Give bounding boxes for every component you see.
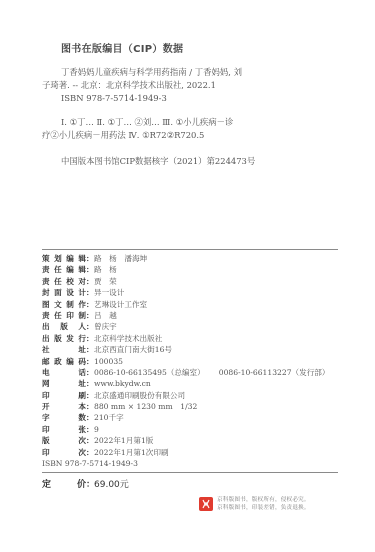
credit-row: 策划编辑：路 杨 潘海坤 [42,253,362,264]
credit-row: 印次：2022年1月第1次印刷 [42,447,362,458]
bottom-divider [42,472,338,473]
credit-value: 100035 [94,356,123,367]
cip-isbn: ISBN 978-7-5714-1949-3 [42,92,282,105]
credit-label: 电话 [42,367,86,378]
credits-isbn: ISBN 978-7-5714-1949-3 [42,458,362,469]
cip-title-line-1: 丁香妈妈儿童疾病与科学用药指南 / 丁香妈妈, 刘 [42,66,282,79]
credit-label: 图文制作 [42,299,86,310]
credits-list: 策划编辑：路 杨 潘海坤责任编辑：路 杨责任校对：贾 荣封面设计：异一设计图文制… [42,253,362,469]
cip-subject-line-1: Ⅰ. ①丁… Ⅱ. ①丁… ②刘… Ⅲ. ①小儿疾病－诊 [42,116,282,129]
credit-value: 艺琳设计工作室 [94,299,147,310]
credit-label: 版次 [42,435,86,446]
top-divider [42,249,338,250]
credit-value: 0086-10-66135495（总编室） [94,367,205,378]
credit-label: 出版发行 [42,333,86,344]
publisher-logo-icon [199,497,213,511]
credit-value: 吕 越 [94,310,117,321]
price-label: 定价 [42,477,86,490]
credit-row: 社址：北京西直门南大街16号 [42,344,362,355]
credit-value: 曾庆宇 [94,321,117,332]
credit-value-secondary: 0086-10-66113227（发行部） [219,367,330,378]
credit-row: 电话：0086-10-66135495（总编室）0086-10-66113227… [42,367,362,378]
credit-row: 字数：210千字 [42,412,362,423]
credit-row: 责任印制：吕 越 [42,310,362,321]
credit-label: 印刷 [42,390,86,401]
credit-label: 网址 [42,378,86,389]
credit-value: www.bkydw.cn [94,378,151,389]
credit-value: 2022年1月第1版 [94,435,153,446]
credit-value: 异一设计 [94,287,124,298]
credit-label: 策划编辑 [42,253,86,264]
credit-row: 版次：2022年1月第1版 [42,435,362,446]
credit-row: 邮政编码：100035 [42,356,362,367]
credit-value: 210千字 [94,412,124,423]
cip-heading: 图书在版编目（CIP）数据 [61,40,183,55]
credit-row: 图文制作：艺琳设计工作室 [42,299,362,310]
credit-value: 路 杨 潘海坤 [94,253,147,264]
credit-label: 印张 [42,424,86,435]
cip-title-line-2: 子琦著. -- 北京：北京科学技术出版社, 2022.1 [42,79,282,92]
credit-label: 社址 [42,344,86,355]
credit-row: 印张：9 [42,424,362,435]
credit-row: 出版人：曾庆宇 [42,321,362,332]
copyright-notice: 京科版图书，版权所有，侵权必究。 京科版图书，印装差错，负责退换。 [199,496,310,512]
credit-row: 网址：www.bkydw.cn [42,378,362,389]
credit-value: 北京科学技术出版社 [94,333,162,344]
credit-value: 880 mm × 1230 mm 1/32 [94,401,197,412]
credit-label: 责任编辑 [42,264,86,275]
credit-label: 出版人 [42,321,86,332]
credit-value: 北京西直门南大街16号 [94,344,172,355]
credit-label: 责任印制 [42,310,86,321]
credit-row: 出版发行：北京科学技术出版社 [42,333,362,344]
cip-subject-line-2: 疗②小儿疾病－用药法 Ⅳ. ①R72②R720.5 [42,129,282,142]
notice-line-2: 京科版图书，印装差错，负责退换。 [217,504,310,512]
credit-value: 北京盛通印刷股份有限公司 [94,390,185,401]
credit-row: 开本：880 mm × 1230 mm 1/32 [42,401,362,412]
cip-library-note: 中国版本图书馆CIP数据核字（2021）第224473号 [42,155,282,168]
cip-record: 丁香妈妈儿童疾病与科学用药指南 / 丁香妈妈, 刘 子琦著. -- 北京：北京科… [42,66,282,168]
credit-row: 印刷：北京盛通印刷股份有限公司 [42,390,362,401]
credit-label: 责任校对 [42,276,86,287]
price-value: 69.00元 [94,477,129,490]
credit-label: 邮政编码 [42,356,86,367]
credit-row: 责任编辑：路 杨 [42,264,362,275]
credit-value: 路 杨 [94,264,117,275]
credit-value: 2022年1月第1次印刷 [94,447,169,458]
credit-value: 贾 荣 [94,276,117,287]
credit-label: 封面设计 [42,287,86,298]
credit-label: 开本 [42,401,86,412]
credit-value: 9 [94,424,99,435]
price-row: 定价 ： 69.00元 [42,477,129,490]
credit-row: 责任校对：贾 荣 [42,276,362,287]
notice-line-1: 京科版图书，版权所有，侵权必究。 [217,496,310,504]
credit-label: 字数 [42,412,86,423]
credit-row: 封面设计：异一设计 [42,287,362,298]
credit-label: 印次 [42,447,86,458]
